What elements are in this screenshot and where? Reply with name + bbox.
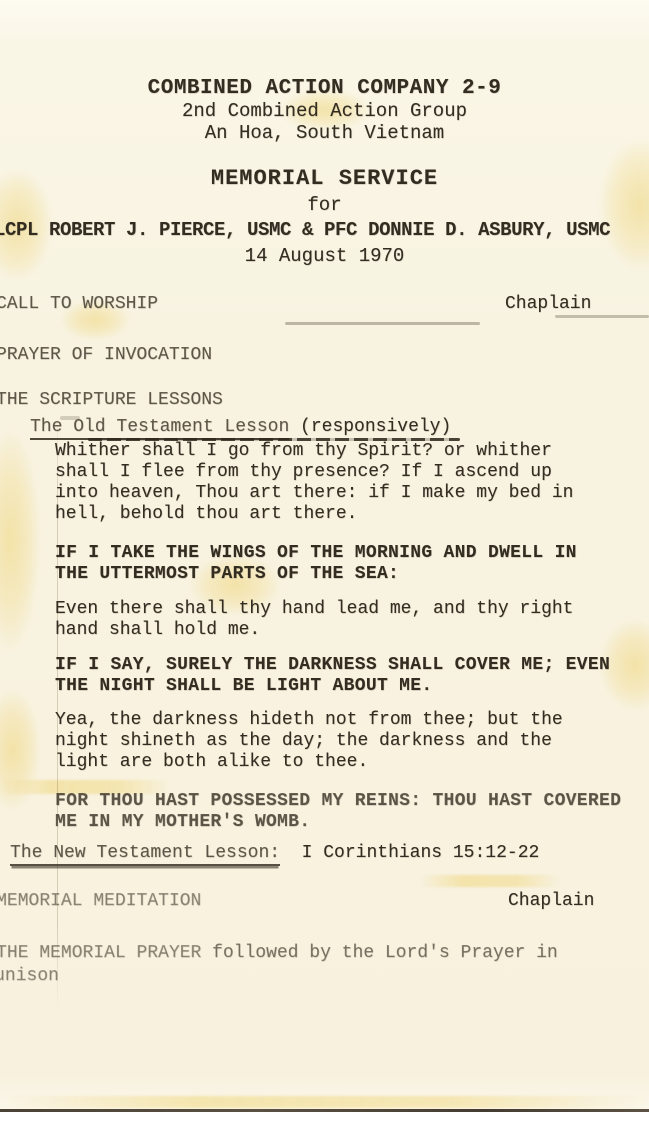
new-testament-reference: I Corinthians 15:12-22 [302,843,540,863]
spacer [280,843,302,863]
scripture-lessons-heading: THE SCRIPTURE LESSONS [0,390,223,410]
invocation-label: PRAYER OF INVOCATION [0,345,212,365]
new-testament-title: The New Testament Lesson: [10,843,280,866]
spacer [201,943,212,963]
location-line: An Hoa, South Vietnam [0,122,649,144]
responsively-note: (responsively) [289,417,451,437]
group-subtitle: 2nd Combined Action Group [0,100,649,122]
meditation-leader: Chaplain [508,891,594,911]
memorial-service-document: COMBINED ACTION COMPANY 2-9 2nd Combined… [0,0,649,1121]
psalm-verse-3: Yea, the darkness hideth not from thee; … [55,710,563,773]
scan-bottom-margin [0,1112,649,1121]
psalm-verse-1: Whither shall I go from thy Spirit? or w… [55,441,573,525]
new-testament-line: The New Testament Lesson: I Corinthians … [10,843,539,863]
memorial-prayer-label: THE MEMORIAL PRAYER [0,943,201,963]
call-to-worship-label: CALL TO WORSHIP [0,294,158,314]
psalm-response-2: IF I SAY, SURELY THE DARKNESS SHALL COVE… [55,655,610,697]
scan-artifact [285,322,480,325]
memorial-prayer-text: followed by the Lord's Prayer in [212,943,558,963]
psalm-verse-2: Even there shall thy hand lead me, and t… [55,599,573,641]
paper-stain-streak [0,1096,649,1108]
service-date: 14 August 1970 [0,245,649,267]
paper-stain [0,690,40,810]
service-title: MEMORIAL SERVICE [0,166,649,191]
dedication-word: for [0,194,649,216]
psalm-response-1: IF I TAKE THE WINGS OF THE MORNING AND D… [55,543,577,585]
call-to-worship-leader: Chaplain [505,294,591,314]
memorial-prayer-continuation: unison [0,966,59,986]
memorial-prayer-line: THE MEMORIAL PRAYER followed by the Lord… [0,943,558,963]
honorees-line: LCPL ROBERT J. PIERCE, USMC & PFC DONNIE… [0,219,610,241]
psalm-response-3: FOR THOU HAST POSSESSED MY REINS: THOU H… [55,791,621,833]
scan-artifact [555,315,649,318]
paper-stain-streak [420,875,560,887]
meditation-label: MEMORIAL MEDITATION [0,891,201,911]
old-testament-title: The Old Testament Lesson [30,417,289,440]
unit-title: COMBINED ACTION COMPANY 2-9 [0,77,649,100]
paper-stain [0,430,40,650]
old-testament-title-line: The Old Testament Lesson (responsively) [30,417,451,437]
